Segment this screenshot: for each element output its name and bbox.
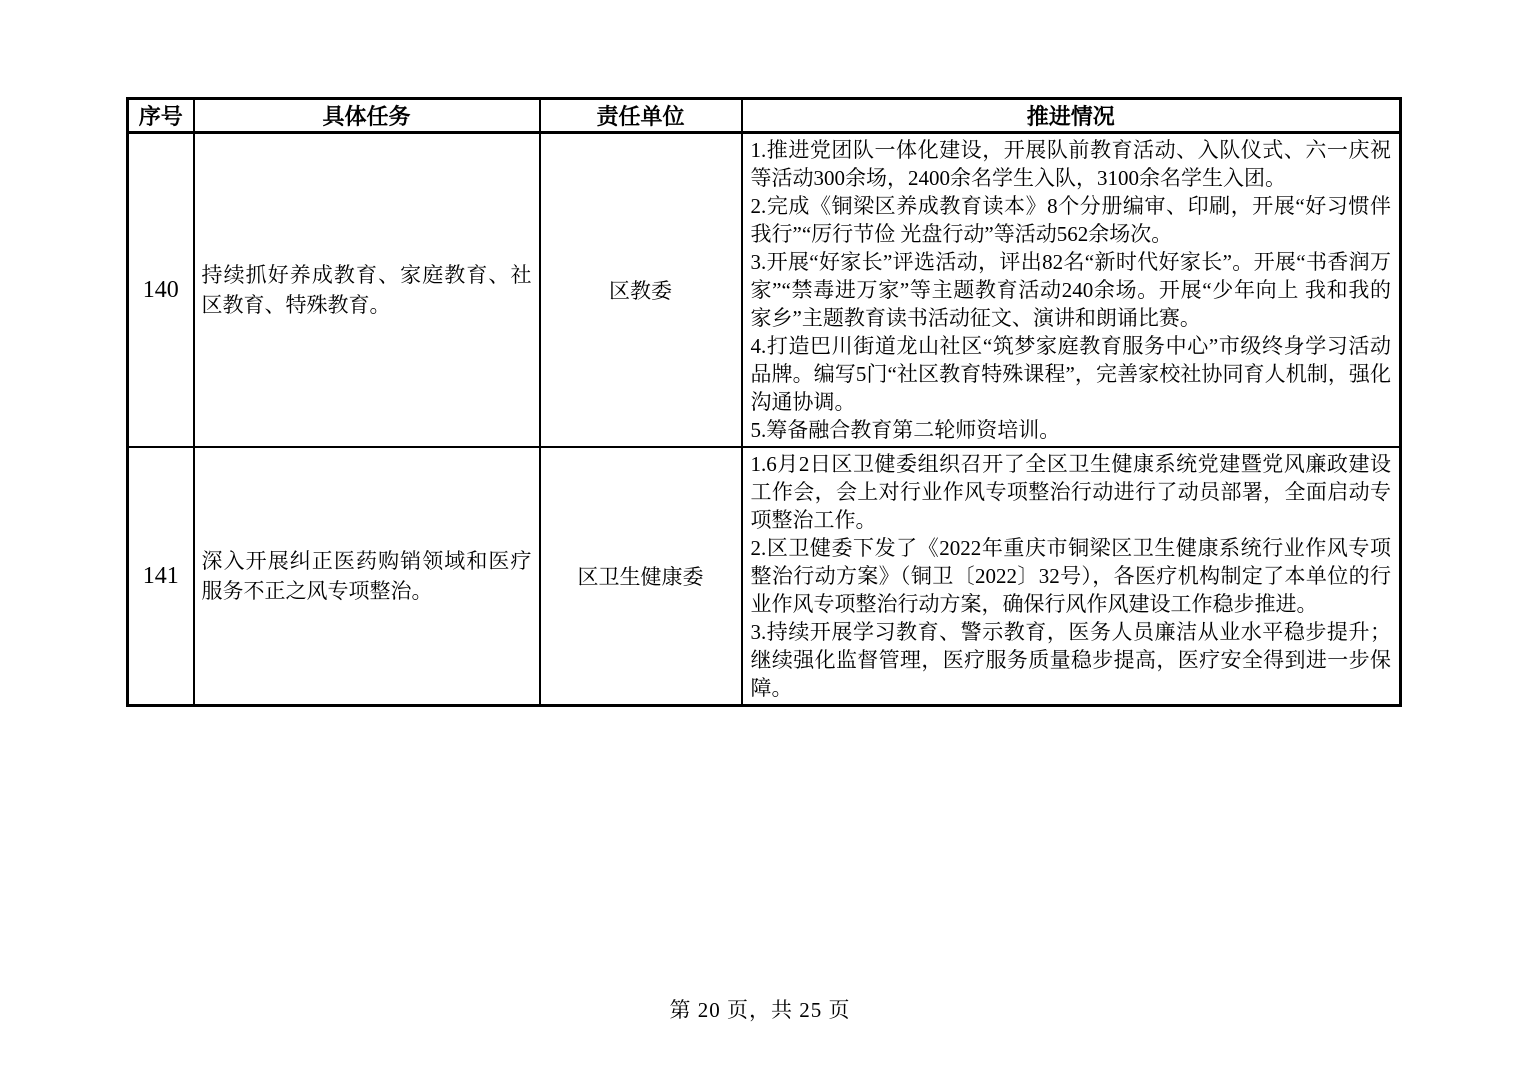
document-page: 序号 具体任务 责任单位 推进情况 140 持续抓好养成教育、家庭教育、社区教育…	[0, 0, 1520, 1074]
progress-item: 1.6月2日区卫健委组织召开了全区卫生健康系统党建暨党风廉政建设工作会，会上对行…	[751, 450, 1392, 534]
table-row: 140 持续抓好养成教育、家庭教育、社区教育、特殊教育。 区教委 1.推进党团队…	[128, 133, 1401, 448]
unit-cell: 区卫生健康委	[540, 447, 742, 706]
progress-cell: 1.推进党团队一体化建设，开展队前教育活动、入队仪式、六一庆祝等活动300余场，…	[742, 133, 1401, 448]
progress-cell: 1.6月2日区卫健委组织召开了全区卫生健康系统党建暨党风廉政建设工作会，会上对行…	[742, 447, 1401, 706]
progress-item: 5.筹备融合教育第二轮师资培训。	[751, 416, 1392, 444]
progress-item: 3.开展“好家长”评选活动，评出82名“新时代好家长”。开展“书香润万家”“禁毒…	[751, 248, 1392, 332]
task-progress-table: 序号 具体任务 责任单位 推进情况 140 持续抓好养成教育、家庭教育、社区教育…	[126, 97, 1402, 707]
progress-item: 4.打造巴川街道龙山社区“筑梦家庭教育服务中心”市级终身学习活动品牌。编写5门“…	[751, 332, 1392, 416]
progress-item: 2.区卫健委下发了《2022年重庆市铜梁区卫生健康系统行业作风专项整治行动方案》…	[751, 534, 1392, 618]
column-header-task: 具体任务	[194, 99, 540, 133]
progress-item: 2.完成《铜梁区养成教育读本》8个分册编审、印刷，开展“好习惯伴我行”“厉行节俭…	[751, 192, 1392, 248]
task-cell: 深入开展纠正医药购销领域和医疗服务不正之风专项整治。	[194, 447, 540, 706]
serial-number-cell: 141	[128, 447, 194, 706]
page-number: 第 20 页，共 25 页	[0, 994, 1520, 1024]
progress-item: 1.推进党团队一体化建设，开展队前教育活动、入队仪式、六一庆祝等活动300余场，…	[751, 136, 1392, 192]
progress-item: 3.持续开展学习教育、警示教育，医务人员廉洁从业水平稳步提升；继续强化监督管理，…	[751, 618, 1392, 702]
header-row: 序号 具体任务 责任单位 推进情况	[128, 99, 1401, 133]
column-header-unit: 责任单位	[540, 99, 742, 133]
column-header-serial: 序号	[128, 99, 194, 133]
column-header-progress: 推进情况	[742, 99, 1401, 133]
table-row: 141 深入开展纠正医药购销领域和医疗服务不正之风专项整治。 区卫生健康委 1.…	[128, 447, 1401, 706]
task-cell: 持续抓好养成教育、家庭教育、社区教育、特殊教育。	[194, 133, 540, 448]
unit-cell: 区教委	[540, 133, 742, 448]
serial-number-cell: 140	[128, 133, 194, 448]
